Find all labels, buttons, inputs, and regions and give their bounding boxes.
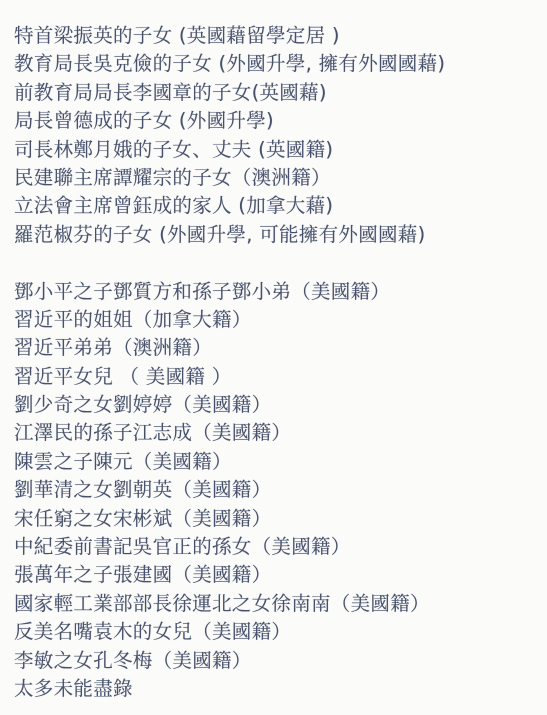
document-page: 特首梁振英的子女 (英國藉留學定居 ) 教育局長吳克儉的子女 (外國升學, 擁有…: [0, 0, 547, 715]
list-item: 習近平弟弟（澳洲籍）: [14, 334, 537, 362]
list-item: 反美名嘴袁木的女兒（美國籍）: [14, 618, 537, 646]
list-item: 教育局長吳克儉的子女 (外國升學, 擁有外國國藉): [14, 50, 537, 78]
list-item: 國家輕工業部部長徐運北之女徐南南（美國籍）: [14, 590, 537, 618]
list-item: 習近平女兒 （ 美國籍 ）: [14, 363, 537, 391]
list-item: 局長曾德成的子女 (外國升學): [14, 107, 537, 135]
list-item: 劉華清之女劉朝英（美國籍）: [14, 476, 537, 504]
list-item: 前教育局局長李國章的子女(英國藉): [14, 79, 537, 107]
list-item: 鄧小平之子鄧質方和孫子鄧小弟（美國籍）: [14, 278, 537, 306]
list-item: 立法會主席曾鈺成的家人 (加拿大藉): [14, 192, 537, 220]
list-item: 江澤民的孫子江志成（美國籍）: [14, 419, 537, 447]
list-item: 宋任窮之女宋彬斌（美國籍）: [14, 505, 537, 533]
section-spacer: [14, 249, 537, 277]
list-item: 陳雲之子陳元（美國籍）: [14, 448, 537, 476]
list-item: 太多未能盡錄: [14, 675, 537, 703]
mainland-officials-section: 鄧小平之子鄧質方和孫子鄧小弟（美國籍） 習近平的姐姐（加拿大籍） 習近平弟弟（澳…: [14, 278, 537, 704]
list-item: 司長林鄭月娥的子女、丈夫 (英國籍): [14, 136, 537, 164]
hk-officials-section: 特首梁振英的子女 (英國藉留學定居 ) 教育局長吳克儉的子女 (外國升學, 擁有…: [14, 22, 537, 249]
list-item: 李敏之女孔冬梅（美國籍）: [14, 647, 537, 675]
list-item: 特首梁振英的子女 (英國藉留學定居 ): [14, 22, 537, 50]
list-item: 羅范椒芬的子女 (外國升學, 可能擁有外國國藉): [14, 221, 537, 249]
list-item: 劉少奇之女劉婷婷（美國籍）: [14, 391, 537, 419]
list-item: 習近平的姐姐（加拿大籍）: [14, 306, 537, 334]
list-item: 中紀委前書記吳官正的孫女（美國籍）: [14, 533, 537, 561]
list-item: 民建聯主席譚耀宗的子女（澳洲籍）: [14, 164, 537, 192]
list-item: 張萬年之子張建國（美國籍）: [14, 561, 537, 589]
